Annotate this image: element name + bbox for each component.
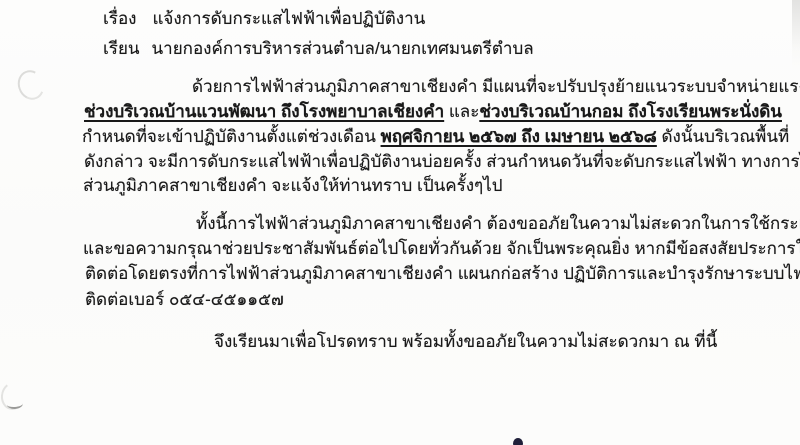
- subject-text: แจ้งการดับกระแสไฟฟ้าเพื่อปฏิบัติงาน: [152, 9, 425, 28]
- paragraph2-line2: และขอความกรุณาช่วยประชาสัมพันธ์ต่อไปโดยท…: [83, 238, 800, 260]
- paragraph1-line3: กำหนดที่จะเข้าปฏิบัติงานตั้งแต่ช่วงเดือน…: [82, 126, 789, 148]
- recipient-label: เรียน: [103, 39, 140, 58]
- paragraph1-line1: ด้วยการไฟฟ้าส่วนภูมิภาคสาขาเชียงคำ มีแผน…: [192, 76, 800, 98]
- recipient-text: นายกองค์การบริหารส่วนตำบล/นายกเทศมนตรีตำ…: [152, 39, 534, 58]
- paragraph2-line1: ทั้งนี้การไฟฟ้าส่วนภูมิภาคสาขาเชียงคำ ต้…: [196, 213, 800, 235]
- scan-artifact-top-left: [14, 66, 49, 103]
- scanned-letter-page: เรื่องแจ้งการดับกระแสไฟฟ้าเพื่อปฏิบัติงา…: [0, 0, 800, 445]
- closing-line: จึงเรียนมาเพื่อโปรดทราบ พร้อมทั้งขออภัยใ…: [214, 331, 717, 353]
- contact-phone-line: ติดต่อเบอร์ ๐๕๔-๔๕๑๑๕๗: [85, 289, 284, 311]
- schedule-prefix: กำหนดที่จะเข้าปฏิบัติงานตั้งแต่ช่วงเดือน: [82, 127, 381, 146]
- recipient-line: เรียนนายกองค์การบริหารส่วนตำบล/นายกเทศมน…: [103, 38, 534, 60]
- subject-line: เรื่องแจ้งการดับกระแสไฟฟ้าเพื่อปฏิบัติงา…: [103, 8, 425, 30]
- schedule-suffix: ดังนั้นบริเวณพื้นที่: [657, 127, 789, 146]
- underlined-schedule: พฤศจิกายน ๒๕๖๗ ถึง เมษายน ๒๕๖๘: [381, 127, 657, 146]
- paragraph1-line5: ส่วนภูมิภาคสาขาเชียงคำ จะแจ้งให้ท่านทราบ…: [83, 175, 503, 197]
- subject-label: เรื่อง: [103, 9, 136, 28]
- underlined-area-2: ช่วงบริเวณบ้านกอม ถึงโรงเรียนพระนั่งดิน: [479, 102, 782, 121]
- paragraph1-line2: ช่วงบริเวณบ้านแวนพัฒนา ถึงโรงพยาบาลเชียง…: [84, 101, 782, 123]
- paragraph1-line4: ดังกล่าว จะมีการดับกระแสไฟฟ้าเพื่อปฏิบัต…: [84, 151, 800, 173]
- paragraph2-line3: ติดต่อโดยตรงที่การไฟฟ้าส่วนภูมิภาคสาขาเช…: [85, 263, 800, 285]
- connector-text: และ: [444, 102, 479, 121]
- signature-tip-mark: [513, 438, 523, 445]
- underlined-area-1: ช่วงบริเวณบ้านแวนพัฒนา ถึงโรงพยาบาลเชียง…: [84, 102, 444, 121]
- scan-streak-top-right: [792, 0, 800, 70]
